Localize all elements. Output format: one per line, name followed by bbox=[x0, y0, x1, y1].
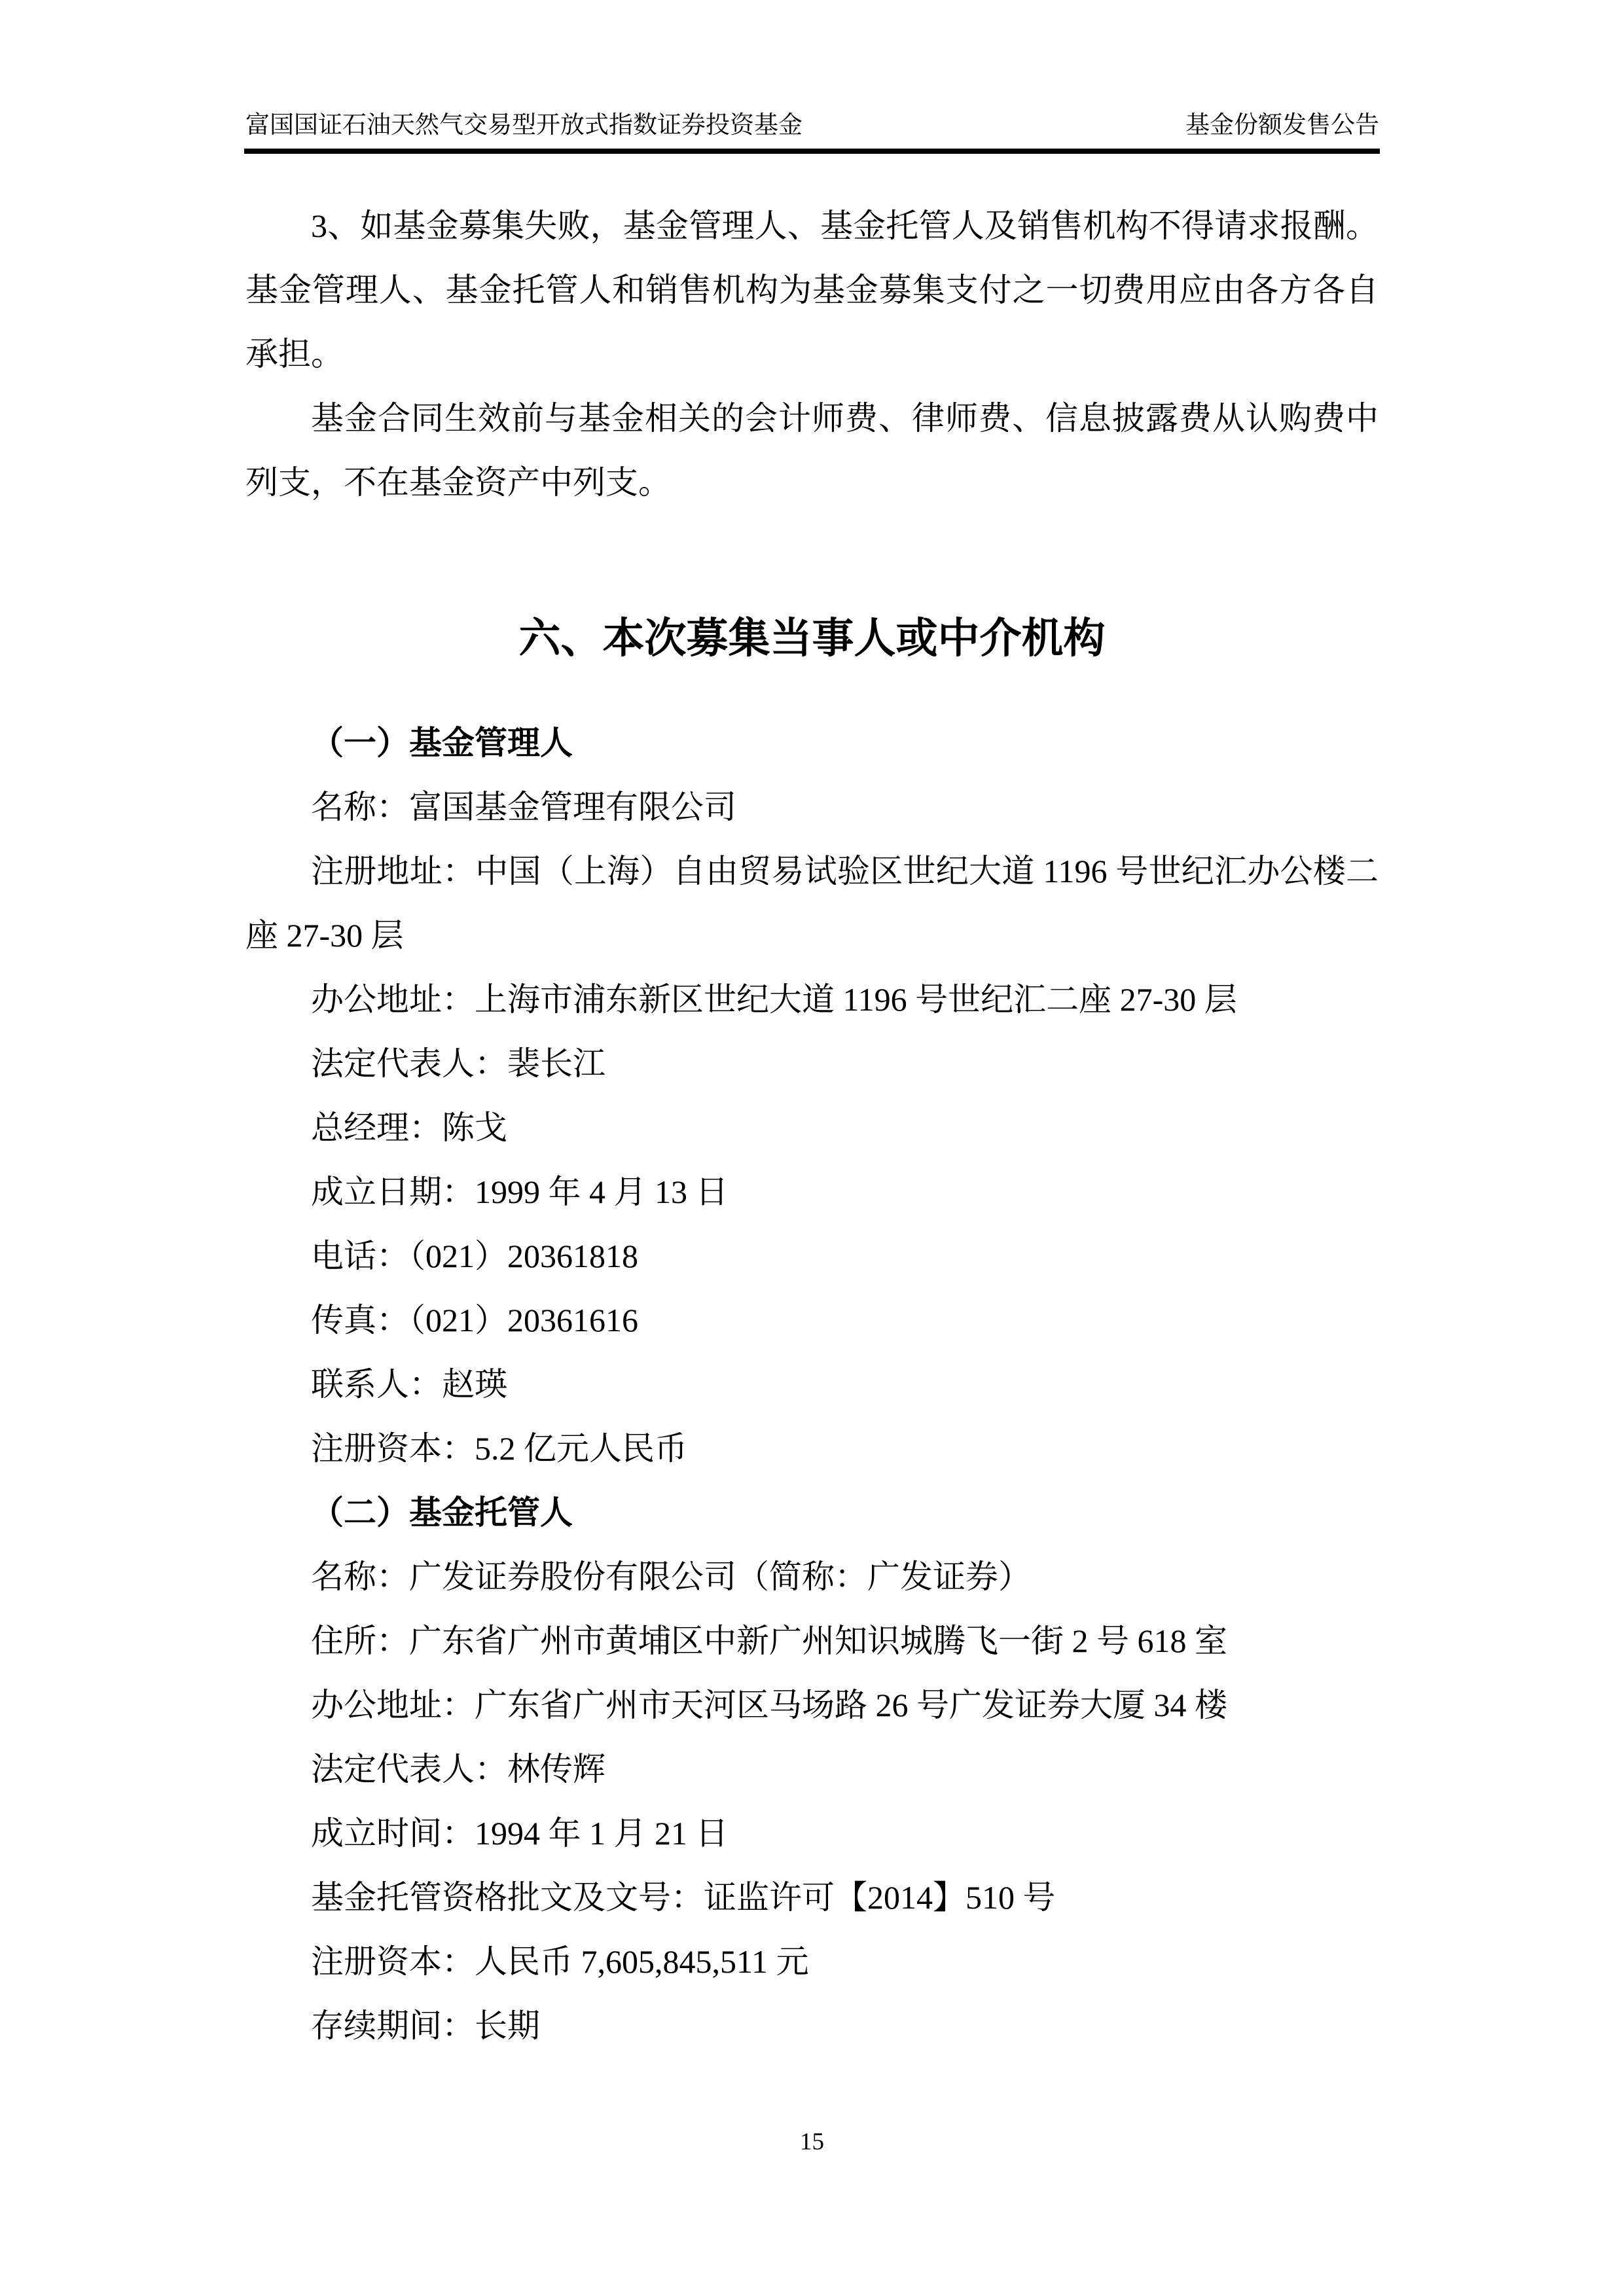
info-line: 名称：广发证券股份有限公司（简称：广发证券） bbox=[245, 1545, 1379, 1609]
info-line: 办公地址：广东省广州市天河区马场路 26 号广发证券大厦 34 楼 bbox=[245, 1673, 1379, 1737]
info-line: 总经理：陈戈 bbox=[245, 1096, 1379, 1160]
info-line: 存续期间：长期 bbox=[245, 1994, 1379, 2058]
paragraph-fee-before-effect: 基金合同生效前与基金相关的会计师费、律师费、信息披露费从认购费中列支，不在基金资… bbox=[245, 386, 1379, 514]
info-line: 电话：（021）20361818 bbox=[245, 1224, 1379, 1288]
info-line: 法定代表人：林传辉 bbox=[245, 1737, 1379, 1801]
page-header: 富国国证石油天然气交易型开放式指数证券投资基金 基金份额发售公告 bbox=[245, 106, 1379, 145]
subsection-title-fund-custodian: （二）基金托管人 bbox=[245, 1480, 1379, 1545]
info-line: 注册资本：人民币 7,605,845,511 元 bbox=[245, 1929, 1379, 1994]
info-line: 联系人：赵瑛 bbox=[245, 1352, 1379, 1416]
document-body: 3、如基金募集失败，基金管理人、基金托管人及销售机构不得请求报酬。基金管理人、基… bbox=[245, 194, 1379, 2058]
info-line: 传真：（021）20361616 bbox=[245, 1288, 1379, 1352]
info-line: 住所：广东省广州市黄埔区中新广州知识城腾飞一街 2 号 618 室 bbox=[245, 1609, 1379, 1673]
header-rule bbox=[244, 149, 1380, 154]
header-doc-type: 基金份额发售公告 bbox=[1185, 106, 1379, 145]
info-line: 注册资本：5.2 亿元人民币 bbox=[245, 1416, 1379, 1480]
info-line: 办公地址：上海市浦东新区世纪大道 1196 号世纪汇二座 27-30 层 bbox=[245, 967, 1379, 1031]
info-line: 成立日期：1999 年 4 月 13 日 bbox=[245, 1160, 1379, 1224]
info-line: 注册地址：中国（上海）自由贸易试验区世纪大道 1196 号世纪汇办公楼二座 27… bbox=[245, 839, 1379, 967]
info-line: 名称：富国基金管理有限公司 bbox=[245, 775, 1379, 839]
paragraph-fee-failure: 3、如基金募集失败，基金管理人、基金托管人及销售机构不得请求报酬。基金管理人、基… bbox=[245, 194, 1379, 386]
header-fund-name: 富国国证石油天然气交易型开放式指数证券投资基金 bbox=[245, 106, 803, 145]
info-line: 基金托管资格批文及文号：证监许可【2014】510 号 bbox=[245, 1865, 1379, 1929]
info-line: 成立时间：1994 年 1 月 21 日 bbox=[245, 1801, 1379, 1865]
info-line: 法定代表人：裴长江 bbox=[245, 1031, 1379, 1096]
page-number: 15 bbox=[0, 2126, 1624, 2159]
section-title: 六、本次募集当事人或中介机构 bbox=[245, 600, 1379, 678]
subsection-title-fund-manager: （一）基金管理人 bbox=[245, 711, 1379, 775]
document-page: 富国国证石油天然气交易型开放式指数证券投资基金 基金份额发售公告 3、如基金募集… bbox=[0, 0, 1624, 2296]
